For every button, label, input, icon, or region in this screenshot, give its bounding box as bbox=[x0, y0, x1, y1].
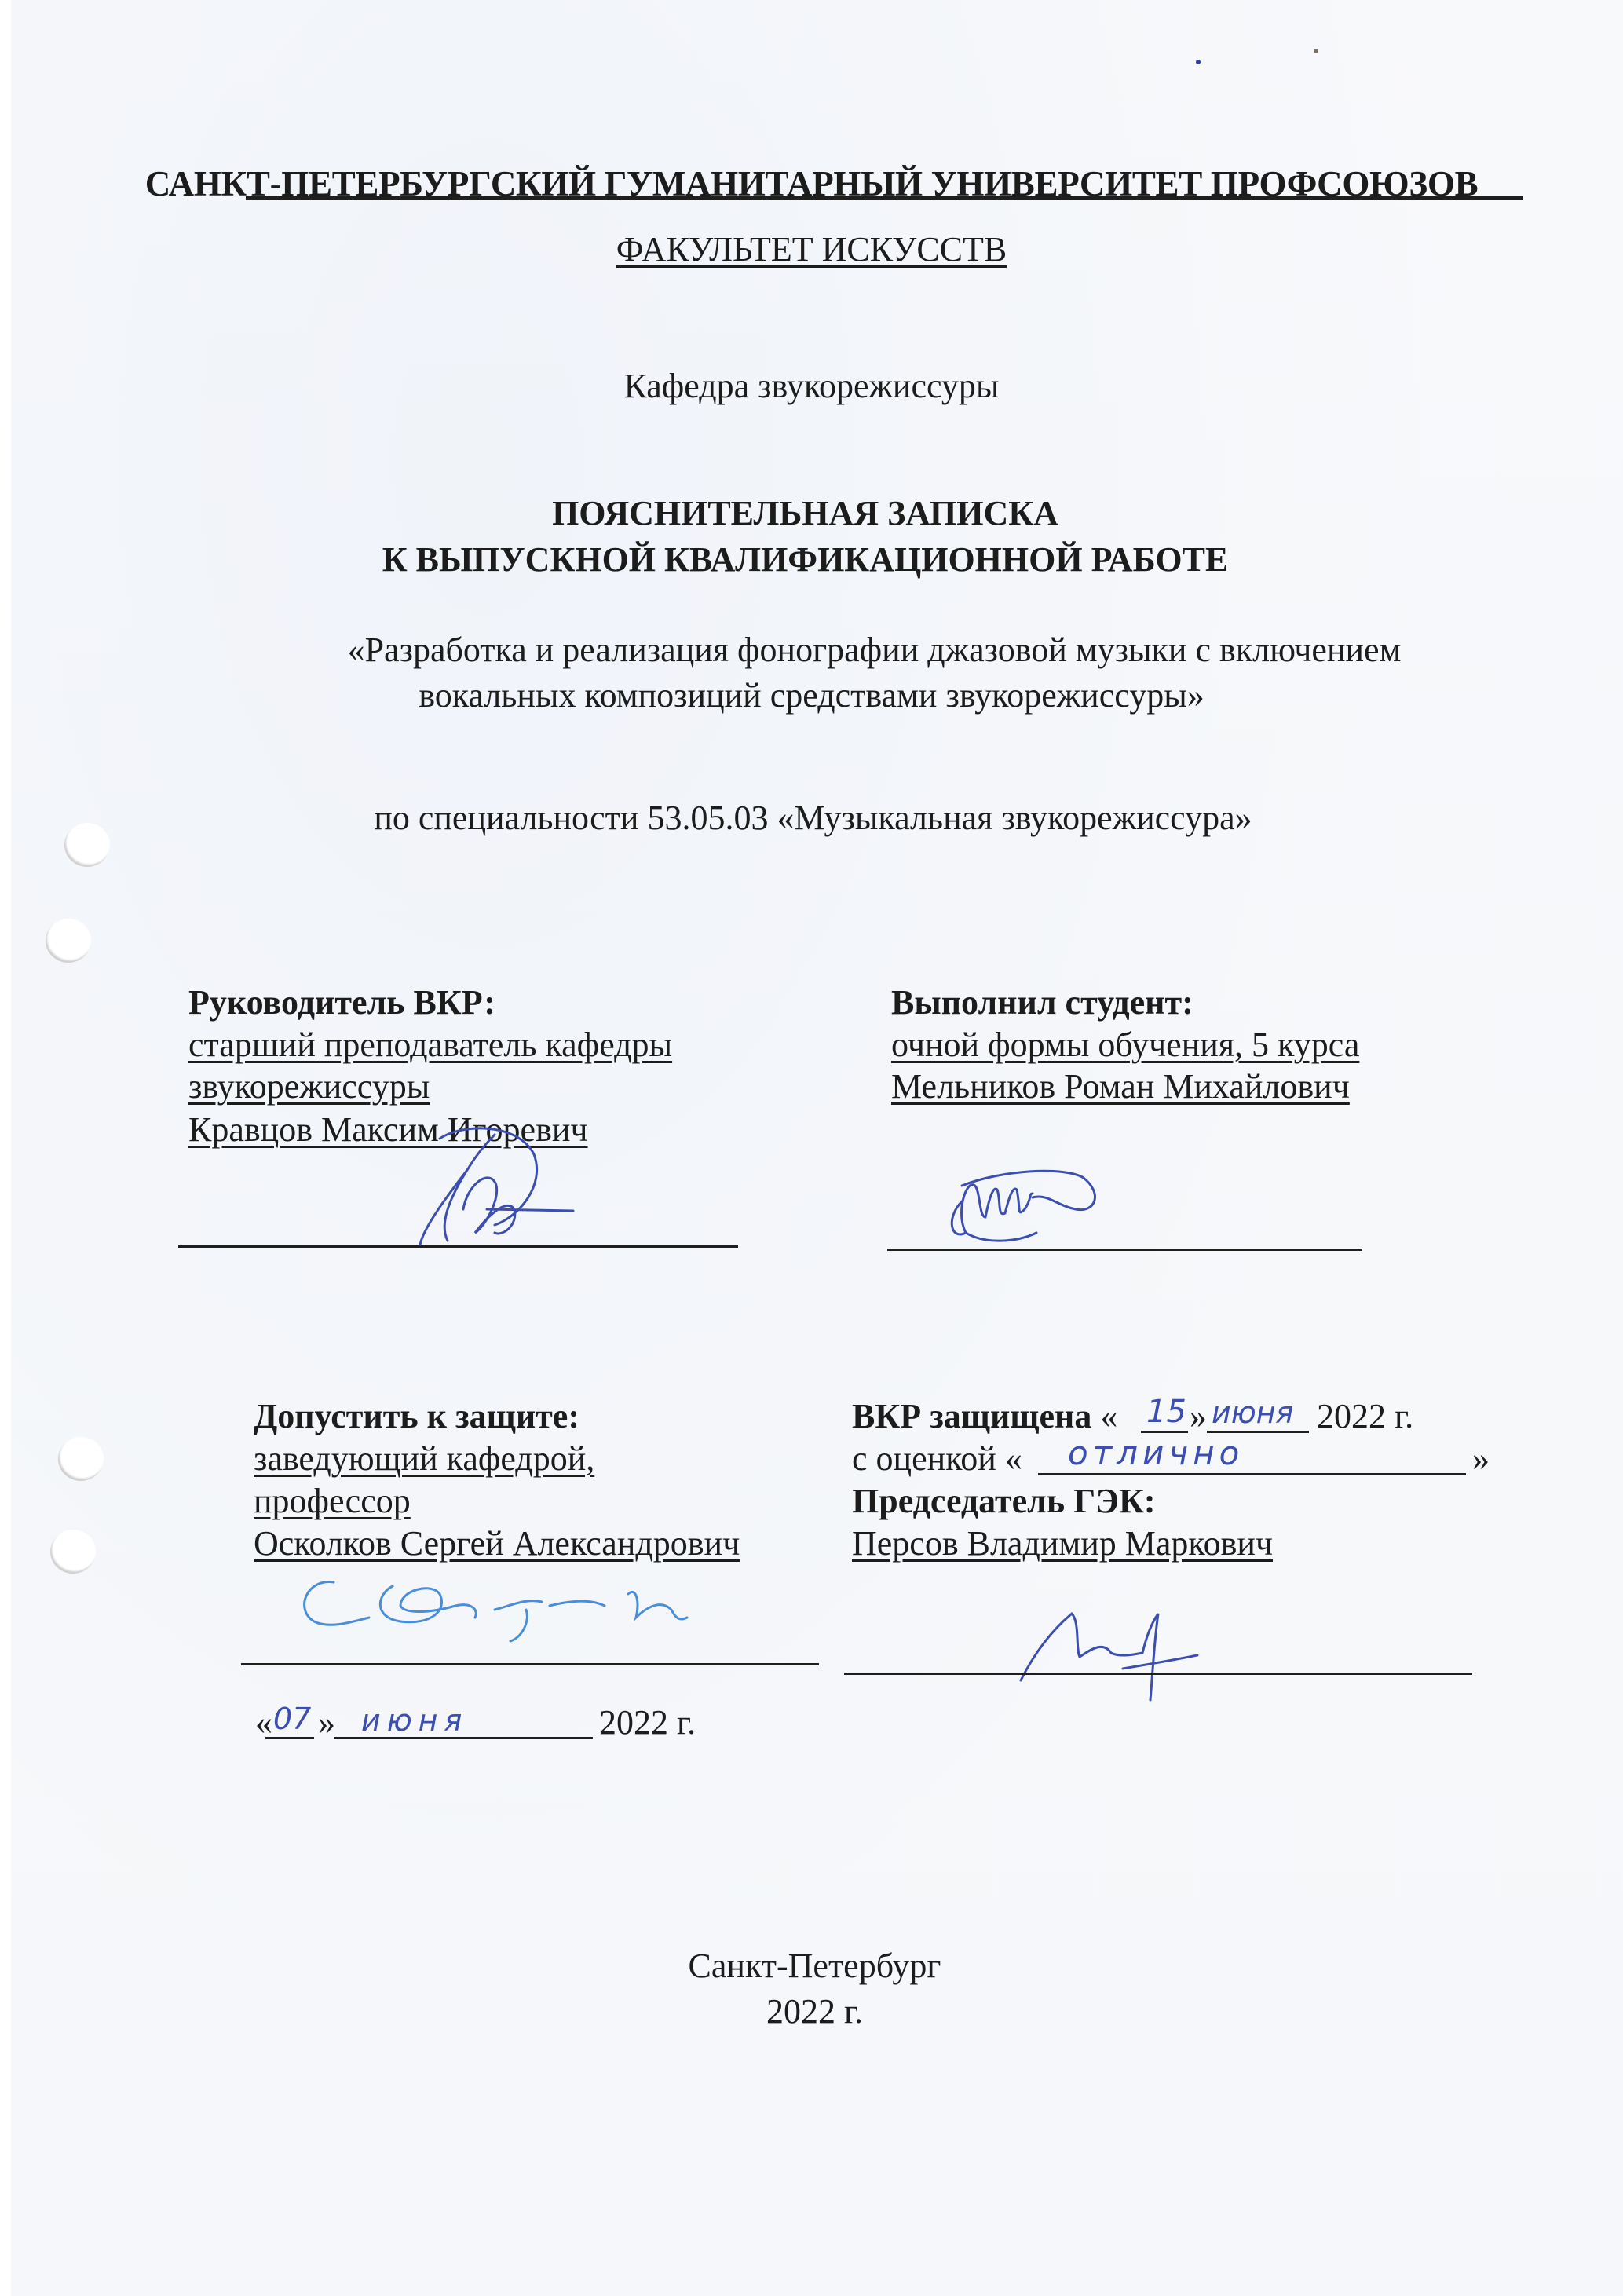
admission-position-line2: профессор bbox=[254, 1484, 411, 1519]
admission-signature-line bbox=[241, 1663, 819, 1665]
defense-month-line bbox=[1207, 1431, 1309, 1433]
punch-hole bbox=[46, 919, 91, 963]
admission-date-year: 2022 г. bbox=[599, 1706, 696, 1740]
defense-open-quote: « bbox=[1100, 1397, 1117, 1435]
admission-date-close-quote: » bbox=[318, 1706, 335, 1740]
thesis-title-line2: вокальных композиций средствами звукореж… bbox=[0, 678, 1623, 713]
dust-speck bbox=[1314, 49, 1318, 53]
punch-hole bbox=[58, 1437, 104, 1481]
grade-close-quote: » bbox=[1472, 1442, 1490, 1476]
defense-close-quote: » bbox=[1190, 1399, 1207, 1434]
student-info: очной формы обучения, 5 курса bbox=[891, 1028, 1359, 1062]
defense-year: 2022 г. bbox=[1317, 1399, 1413, 1434]
student-name: Мельников Роман Михайлович bbox=[891, 1069, 1350, 1104]
ink-speck bbox=[1196, 60, 1201, 64]
defense-day-line bbox=[1141, 1431, 1188, 1433]
grade-label: с оценкой « bbox=[852, 1442, 1022, 1476]
admission-date-day-line bbox=[265, 1737, 314, 1739]
punch-hole bbox=[50, 1530, 96, 1574]
document-title-line1: ПОЯСНИТЕЛЬНАЯ ЗАПИСКА bbox=[0, 496, 1617, 531]
admission-date-day: 07 bbox=[273, 1704, 311, 1734]
supervisor-position-line1: старший преподаватель кафедры bbox=[188, 1028, 672, 1062]
admission-signature bbox=[291, 1563, 762, 1649]
admission-label: Допустить к защите: bbox=[254, 1399, 579, 1434]
chair-signature bbox=[1005, 1594, 1256, 1704]
grade-line bbox=[1038, 1473, 1466, 1475]
grade-value: отлично bbox=[1068, 1437, 1244, 1470]
defense-line: ВКР защищена « bbox=[852, 1399, 1117, 1434]
student-signature-line bbox=[887, 1249, 1362, 1251]
admission-date-open-quote: « bbox=[255, 1706, 272, 1740]
defense-label: ВКР защищена bbox=[852, 1397, 1091, 1435]
chair-name: Персов Владимир Маркович bbox=[852, 1526, 1273, 1561]
defense-day: 15 bbox=[1146, 1396, 1186, 1428]
supervisor-signature bbox=[330, 1107, 612, 1264]
scanned-page: САНКТ-ПЕТЕРБУРГСКИЙ ГУМАНИТАРНЫЙ УНИВЕРС… bbox=[0, 0, 1623, 2296]
admission-name: Осколков Сергей Александрович bbox=[254, 1526, 740, 1561]
footer-city: Санкт-Петербург bbox=[3, 1949, 1623, 1983]
thesis-title-line1: «Разработка и реализация фонографии джаз… bbox=[63, 633, 1623, 667]
admission-date-month: июня bbox=[361, 1706, 468, 1735]
department-name: Кафедра звукорежиссуры bbox=[0, 369, 1623, 404]
footer-year: 2022 г. bbox=[3, 1994, 1623, 2029]
specialty-line: по специальности 53.05.03 «Музыкальная з… bbox=[2, 801, 1623, 835]
admission-position-line1: заведующий кафедрой, bbox=[254, 1442, 594, 1476]
student-signature bbox=[938, 1154, 1127, 1249]
faculty-name: ФАКУЛЬТЕТ ИСКУССТВ bbox=[0, 232, 1623, 267]
chair-signature-line bbox=[844, 1673, 1472, 1675]
supervisor-position-line2: звукорежиссуры bbox=[188, 1069, 430, 1104]
student-label: Выполнил студент: bbox=[891, 985, 1193, 1020]
defense-month: июня bbox=[1212, 1398, 1293, 1428]
document-title-line2: К ВЫПУСКНОЙ КВАЛИФИКАЦИОННОЙ РАБОТЕ bbox=[0, 543, 1617, 577]
chair-label: Председатель ГЭК: bbox=[852, 1484, 1156, 1519]
header-rule bbox=[246, 196, 1523, 200]
supervisor-label: Руководитель ВКР: bbox=[188, 985, 495, 1020]
